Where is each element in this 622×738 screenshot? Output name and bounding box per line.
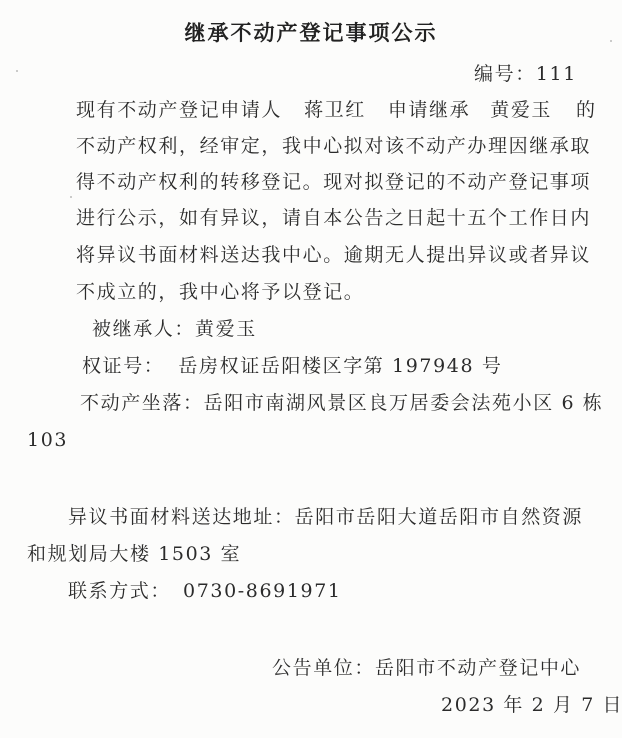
issuer-label: 公告单位： [272, 657, 375, 679]
location-label: 不动产坐落： [80, 392, 204, 414]
serial-label: 编号： [474, 63, 536, 85]
decedent-field: 被继承人：黄爱玉 [92, 317, 257, 341]
decedent-label: 被继承人： [92, 318, 195, 340]
serial-value: 111 [536, 63, 577, 85]
decedent-value: 黄爱玉 [195, 318, 257, 340]
applicant-name: 蒋卫红 [304, 99, 366, 121]
contact-field: 联系方式：0730-8691971 [68, 579, 342, 603]
body-line-3: 得不动产权利的转移登记。现对拟登记的不动产登记事项 [76, 170, 591, 194]
body-inherit-text: 申请继承 [388, 99, 470, 121]
body-line-5: 将异议书面材料送达我中心。逾期无人提出异议或者异议 [76, 243, 591, 267]
certificate-field: 权证号：岳房权证岳阳楼区字第 197948 号 [82, 354, 502, 378]
location-value-continued: 103 [27, 428, 68, 452]
certificate-label: 权证号： [82, 355, 164, 377]
objection-address-label: 异议书面材料送达地址： [68, 506, 295, 528]
document-title: 继承不动产登记事项公示 [0, 17, 622, 47]
scan-speck [70, 196, 72, 198]
location-value: 岳阳市南湖风景区良万居委会法苑小区 6 栋 [204, 392, 604, 414]
issuer-field: 公告单位：岳阳市不动产登记中心 [272, 656, 581, 680]
objection-address-continued: 和规划局大楼 1503 室 [27, 542, 241, 566]
location-field: 不动产坐落：岳阳市南湖风景区良万居委会法苑小区 6 栋 [80, 391, 603, 415]
scan-speck [16, 70, 18, 72]
objection-address-value: 岳阳市岳阳大道岳阳市自然资源 [295, 506, 583, 528]
contact-label: 联系方式： [68, 580, 171, 602]
body-line-2: 不动产权利，经审定，我中心拟对该不动产办理因继承取 [76, 134, 591, 158]
body-line-6: 不成立的，我中心将予以登记。 [76, 280, 364, 304]
body-line-4: 进行公示，如有异议，请自本公告之日起十五个工作日内 [76, 206, 591, 230]
scan-speck [610, 40, 612, 42]
body-suffix: 的 [576, 99, 597, 121]
objection-address-field: 异议书面材料送达地址：岳阳市岳阳大道岳阳市自然资源 [68, 505, 583, 529]
serial-number: 编号：111 [474, 62, 577, 86]
decedent-name-inline: 黄爱玉 [490, 99, 552, 121]
body-intro: 现有不动产登记申请人 [76, 99, 282, 121]
issue-date: 2023 年 2 月 7 日 [441, 693, 622, 717]
notice-page: 继承不动产登记事项公示 编号：111 现有不动产登记申请人蒋卫红申请继承黄爱玉的… [0, 0, 622, 738]
issuer-value: 岳阳市不动产登记中心 [375, 657, 581, 679]
contact-phone: 0730-8691971 [183, 580, 342, 602]
body-line-1: 现有不动产登记申请人蒋卫红申请继承黄爱玉的 [76, 98, 597, 122]
certificate-value: 岳房权证岳阳楼区字第 197948 号 [178, 355, 502, 377]
